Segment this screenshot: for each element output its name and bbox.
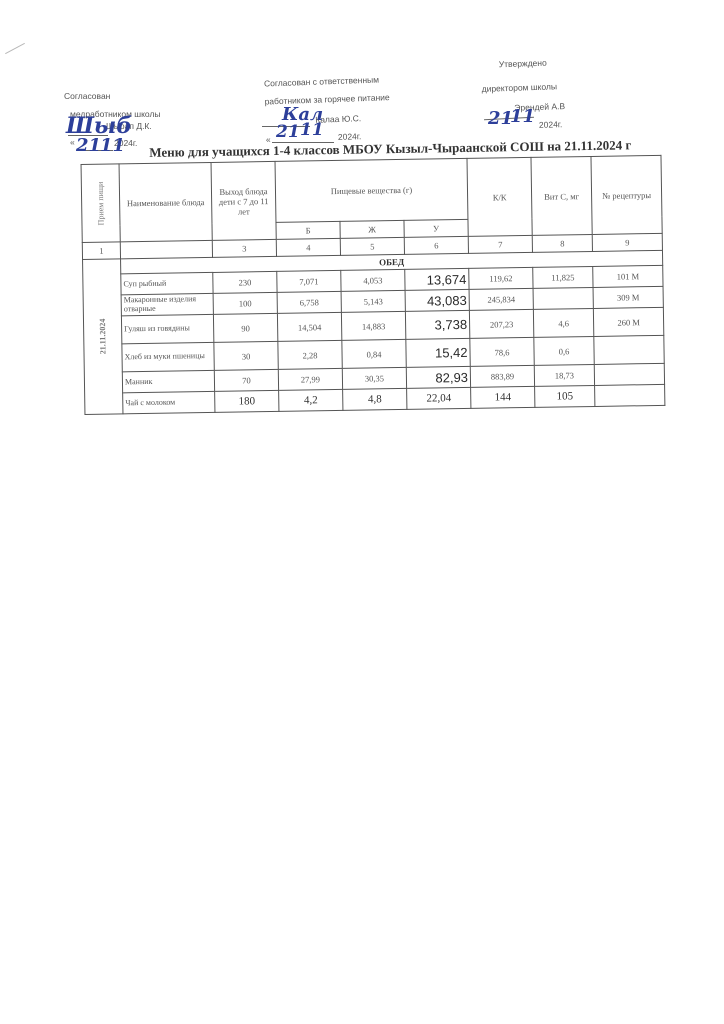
menu-table: Прием пищи Наименование блюда Выход блюд… xyxy=(81,155,666,415)
col-num-3: 3 xyxy=(212,239,276,257)
col-num-7: 7 xyxy=(468,235,532,253)
approval-date-prefix: « xyxy=(70,138,75,147)
header-nutrients: Пищевые вещества (г) xyxy=(275,158,468,222)
header-recipe: № рецептуры xyxy=(591,155,662,234)
subheader-fat: Ж xyxy=(340,220,404,238)
approval-heading: Согласован xyxy=(64,92,110,101)
col-num-1: 1 xyxy=(82,242,120,260)
col-num-6: 6 xyxy=(404,236,468,254)
subheader-carbs: У xyxy=(404,219,468,237)
header-vit-c: Вит С, мг xyxy=(531,156,592,235)
menu-document: Меню для учащихся 1-4 классов МБОУ Кызыл… xyxy=(80,121,669,410)
col-num-9: 9 xyxy=(592,233,662,251)
col-num-5: 5 xyxy=(340,237,404,255)
col-num-4: 4 xyxy=(276,238,340,256)
col-num-8: 8 xyxy=(532,234,592,252)
header-portion: Выход блюда дети с 7 до 11 лет xyxy=(211,161,276,240)
approval-role: директором школы xyxy=(481,82,557,93)
subheader-protein: Б xyxy=(276,221,340,239)
approval-heading: Согласован с ответственным xyxy=(264,75,379,88)
meal-date-cell: 21.11.2024 xyxy=(83,259,123,415)
table-header-row: Прием пищи Наименование блюда Выход блюд… xyxy=(81,155,662,225)
scan-stray-mark xyxy=(5,43,25,54)
header-dish-name: Наименование блюда xyxy=(119,162,212,241)
approval-heading: Утверждено xyxy=(499,59,547,69)
header-kcal: К/К xyxy=(467,157,532,236)
col-num-2 xyxy=(120,240,212,258)
header-meal-time: Прием пищи xyxy=(81,164,120,243)
